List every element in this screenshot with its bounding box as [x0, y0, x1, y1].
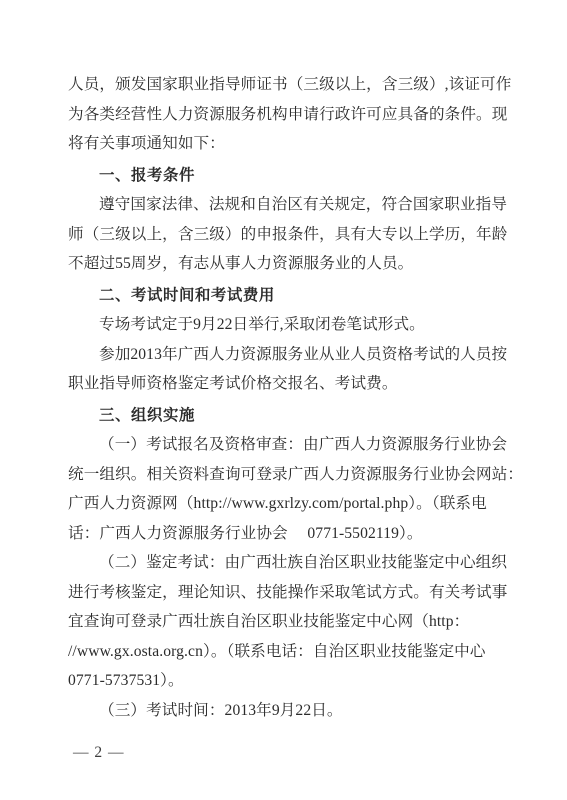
text-line: 为各类经营性人力资源服务机构申请行政许可应具备的条件。现 [68, 100, 514, 130]
text-line: 职业指导师资格鉴定考试价格交报名、考试费。 [68, 369, 514, 399]
text-line: 0771-5737531）。 [68, 666, 514, 696]
text-line: //www.gx.osta.org.cn）。（联系电话：自治区职业技能鉴定中心 [68, 637, 514, 667]
text-line: 专场考试定于9月22日举行,采取闭卷笔试形式。 [68, 310, 514, 340]
section-heading: 三、组织实施 [68, 401, 514, 431]
text-line: 广西人力资源网（http://www.gxrlzy.com/portal.php… [68, 489, 514, 519]
text-line: 遵守国家法律、法规和自治区有关规定，符合国家职业指导 [68, 190, 514, 220]
text-line: 话：广西人力资源服务行业协会 0771-5502119）。 [68, 519, 514, 549]
text-line: 师（三级以上，含三级）的申报条件，具有大专以上学历，年龄 [68, 220, 514, 250]
text-line: （三）考试时间：2013年9月22日。 [68, 696, 514, 726]
text-line: 进行考核鉴定，理论知识、技能操作采取笔试方式。有关考试事 [68, 578, 514, 608]
document-page: 人员，颁发国家职业指导师证书（三级以上，含三级）,该证可作为各类经营性人力资源服… [0, 0, 567, 800]
text-line: 不超过55周岁，有志从事人力资源服务业的人员。 [68, 249, 514, 279]
text-line: 统一组织。相关资料查询可登录广西人力资源服务行业协会网站： [68, 460, 514, 490]
page-number: — 2 — [73, 743, 125, 763]
text-line: 人员，颁发国家职业指导师证书（三级以上，含三级）,该证可作 [68, 70, 514, 100]
text-line: （一）考试报名及资格审查：由广西人力资源服务行业协会 [68, 430, 514, 460]
text-line: 参加2013年广西人力资源服务业从业人员资格考试的人员按 [68, 340, 514, 370]
text-line: 将有关事项通知如下： [68, 129, 514, 159]
text-line: 宜查询可登录广西壮族自治区职业技能鉴定中心网（http： [68, 607, 514, 637]
section-heading: 二、考试时间和考试费用 [68, 281, 514, 311]
text-line: （二）鉴定考试：由广西壮族自治区职业技能鉴定中心组织 [68, 548, 514, 578]
section-heading: 一、报考条件 [68, 161, 514, 191]
document-body: 人员，颁发国家职业指导师证书（三级以上，含三级）,该证可作为各类经营性人力资源服… [68, 70, 514, 725]
